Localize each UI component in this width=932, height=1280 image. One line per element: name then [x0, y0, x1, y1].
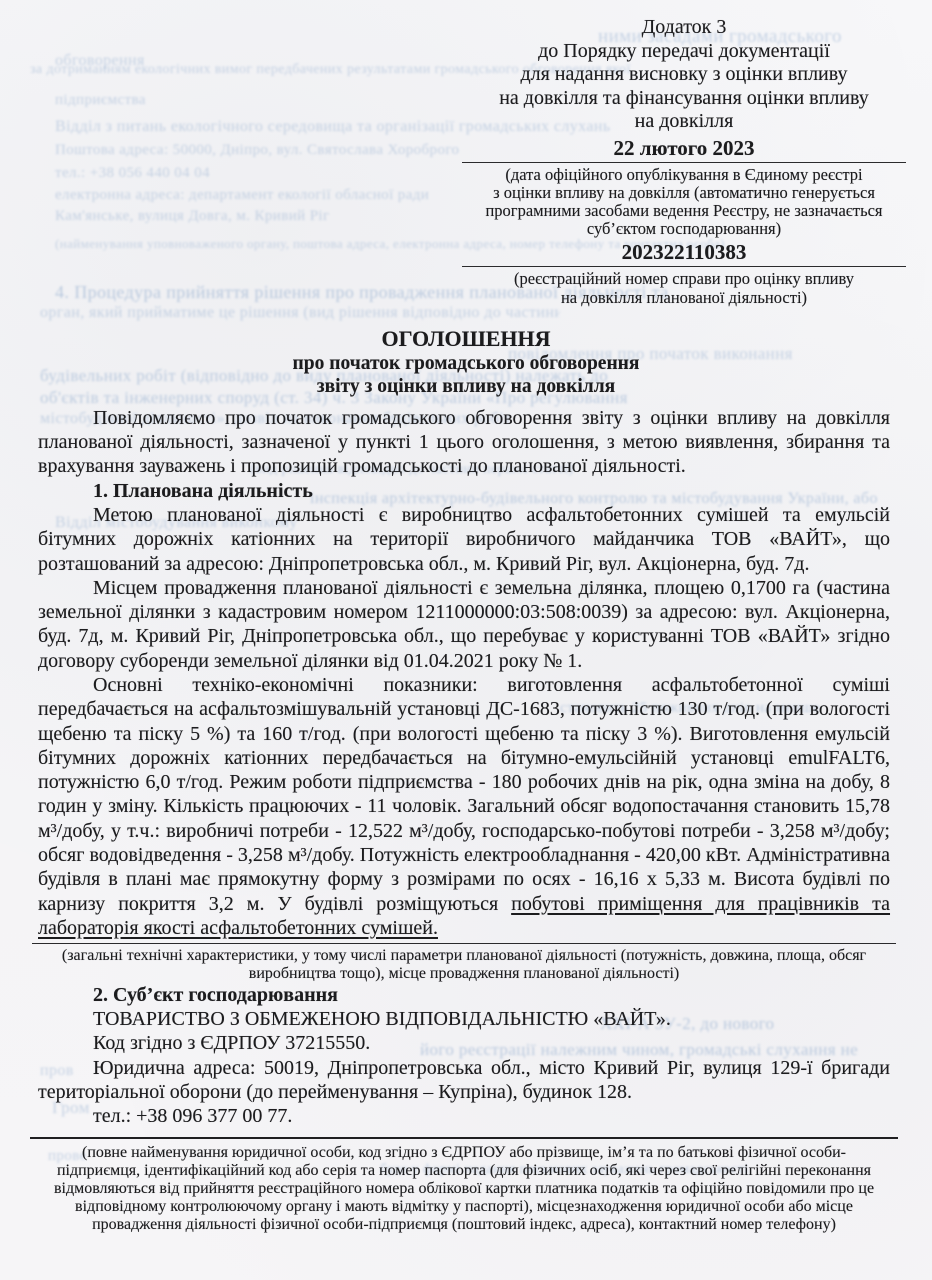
technical-caption: (загальні технічні характеристики, у том… — [46, 947, 882, 983]
document-body: Повідомляємо про початок громадського об… — [38, 406, 890, 1234]
intro-paragraph: Повідомляємо про початок громадського об… — [38, 406, 890, 479]
planned-activity-paragraph-1: Метою планованої діяльності є виробництв… — [38, 503, 890, 576]
bottom-caption: (повне найменування юридичної особи, код… — [44, 1144, 884, 1234]
annex-line-4: на довкілля та фінансування оцінки вплив… — [458, 87, 910, 111]
announcement-title-block: ОГОЛОШЕННЯ про початок громадського обго… — [0, 325, 932, 398]
annex-line-3: для надання висновку з оцінки впливу — [458, 63, 910, 87]
company-name: ТОВАРИСТВО З ОБМЕЖЕНОЮ ВІДПОВІДАЛЬНІСТЮ … — [38, 1007, 890, 1031]
section-1-heading: 1. Планована діяльність — [38, 479, 890, 503]
annex-line-2: до Порядку передачі документації — [458, 40, 910, 64]
number-caption: (реєстраційний номер справи про оцінку в… — [458, 270, 910, 306]
document-page: ними засадами громадськогообговоренняза … — [0, 0, 932, 1280]
annex-line-5: на довкілля — [458, 110, 910, 134]
technical-indicators-text: Основні техніко-економічні показники: ви… — [38, 674, 890, 915]
edrpou-code: Код згідно з ЄДРПОУ 37215550. — [38, 1031, 890, 1055]
document-content: Додаток 3 до Порядку передачі документац… — [0, 0, 932, 1234]
section-2-heading: 2. Суб’єкт господарювання — [38, 983, 890, 1007]
number-caption-line-1: (реєстраційний номер справи про оцінку в… — [458, 270, 910, 288]
date-caption-line-3: програмними засобами ведення Реєстру, не… — [458, 202, 910, 220]
planned-activity-paragraph-3: Основні техніко-економічні показники: ви… — [38, 673, 890, 940]
planned-activity-paragraph-2: Місцем провадження планованої діяльності… — [38, 576, 890, 673]
date-caption-line-2: з оцінки впливу на довкілля (автоматично… — [458, 184, 910, 202]
annex-header: Додаток 3 до Порядку передачі документац… — [458, 16, 910, 307]
date-caption-line-4: суб’єктом господарювання) — [458, 220, 910, 238]
date-caption-line-1: (дата офіційного опублікування в Єдиному… — [458, 166, 910, 184]
announcement-subtitle-2: звіту з оцінки впливу на довкілля — [0, 375, 932, 398]
annex-line-1: Додаток 3 — [458, 16, 910, 40]
rule-signature — [30, 1137, 898, 1139]
number-caption-line-2: на довкілля планованої діяльності) — [458, 289, 910, 307]
registry-number: 202322110383 — [462, 240, 906, 267]
legal-address: Юридична адреса: 50019, Дніпропетровська… — [38, 1056, 890, 1105]
publication-date: 22 лютого 2023 — [462, 136, 906, 163]
phone-number: тел.: +38 096 377 00 77. — [38, 1104, 890, 1128]
rule-technical — [32, 943, 896, 944]
date-caption: (дата офіційного опублікування в Єдиному… — [458, 166, 910, 239]
announcement-subtitle-1: про початок громадського обговорення — [0, 352, 932, 375]
announcement-title: ОГОЛОШЕННЯ — [0, 325, 932, 352]
